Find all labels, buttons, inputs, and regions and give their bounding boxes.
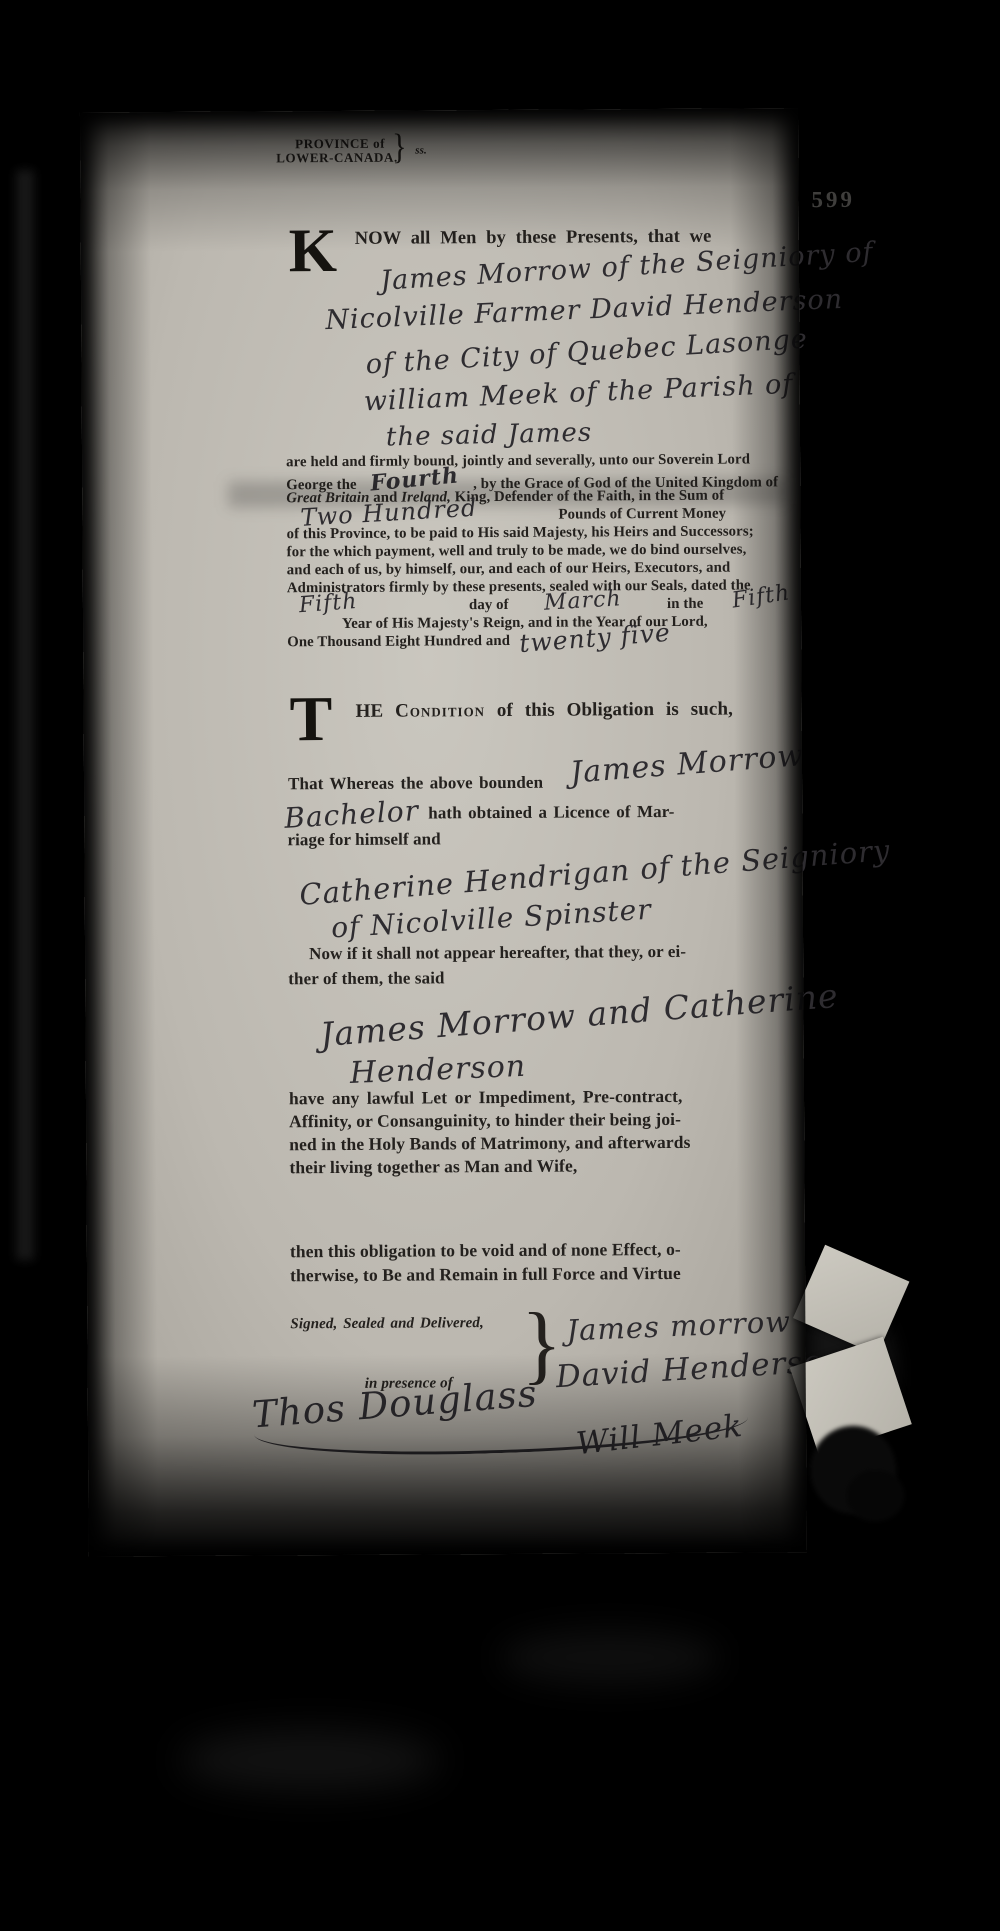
bond-line-5: of this Province, to be paid to His said…	[286, 523, 753, 543]
hw-day: Fifth	[298, 589, 358, 618]
bond-line-3-rest: King, Defender of the Faith, in the Sum …	[455, 488, 725, 506]
void-line-1: then this obligation to be void and of n…	[290, 1239, 681, 1262]
impediment-line-4: their living together as Man and Wife,	[289, 1156, 577, 1179]
dropcap-k: K	[289, 227, 338, 277]
hw-month: March	[543, 586, 622, 615]
impediment-line-3: ned in the Holy Bands of Matrimony, and …	[289, 1132, 690, 1155]
now-if-line-1: Now if it shall not appear hereafter, th…	[309, 942, 686, 964]
wax-seal-icon	[846, 1470, 904, 1522]
hw-principal-5: the said James	[386, 418, 593, 453]
bond-line-4: Pounds of Current Money	[558, 506, 726, 524]
impediment-line-2: Affinity, or Consanguinity, to hinder th…	[289, 1109, 681, 1132]
bond-line-7: and each of us, by himself, our, and eac…	[287, 560, 731, 580]
condition-heading: HE Condition of this Obligation is such,	[356, 699, 733, 723]
licence-line-2: riage for himself and	[287, 829, 440, 850]
ss-brace: }	[392, 127, 407, 168]
scanned-document-page: PROVINCE of LOWER-CANADA. } ss. 599 K NO…	[0, 0, 1000, 1931]
whereas-line: That Whereas the above bounden	[288, 773, 543, 795]
condition-rest: of this Obligation is such,	[497, 699, 733, 721]
bond-line-11: One Thousand Eight Hundred and	[287, 633, 510, 651]
now-if-line-2: ther of them, the said	[288, 968, 444, 989]
page-number: 599	[811, 187, 855, 213]
licence-line-1: hath obtained a Licence of Mar-	[428, 802, 674, 824]
condition-he: HE	[356, 701, 384, 722]
bond-in-the: in the	[667, 596, 703, 613]
paper-tilt-wrapper: PROVINCE of LOWER-CANADA. } ss. 599 K NO…	[0, 0, 1000, 1931]
condition-word: Condition	[395, 700, 485, 722]
condition-dropcap: T	[290, 693, 333, 744]
hw-couple-line-2: Henderson	[349, 1049, 527, 1091]
opening-line: NOW all Men by these Presents, that we	[355, 227, 712, 250]
impediment-line-1: have any lawful Let or Impediment, Pre-c…	[289, 1086, 683, 1109]
attestation-line: Signed, Sealed and Delivered,	[290, 1315, 484, 1333]
bond-day-of: day of	[469, 597, 509, 614]
void-line-2: therwise, to Be and Remain in full Force…	[290, 1263, 681, 1286]
bond-line-6: for the which payment, well and truly to…	[287, 541, 747, 561]
province-line-2: LOWER-CANADA.	[276, 150, 398, 167]
ss-label: ss.	[415, 144, 427, 156]
